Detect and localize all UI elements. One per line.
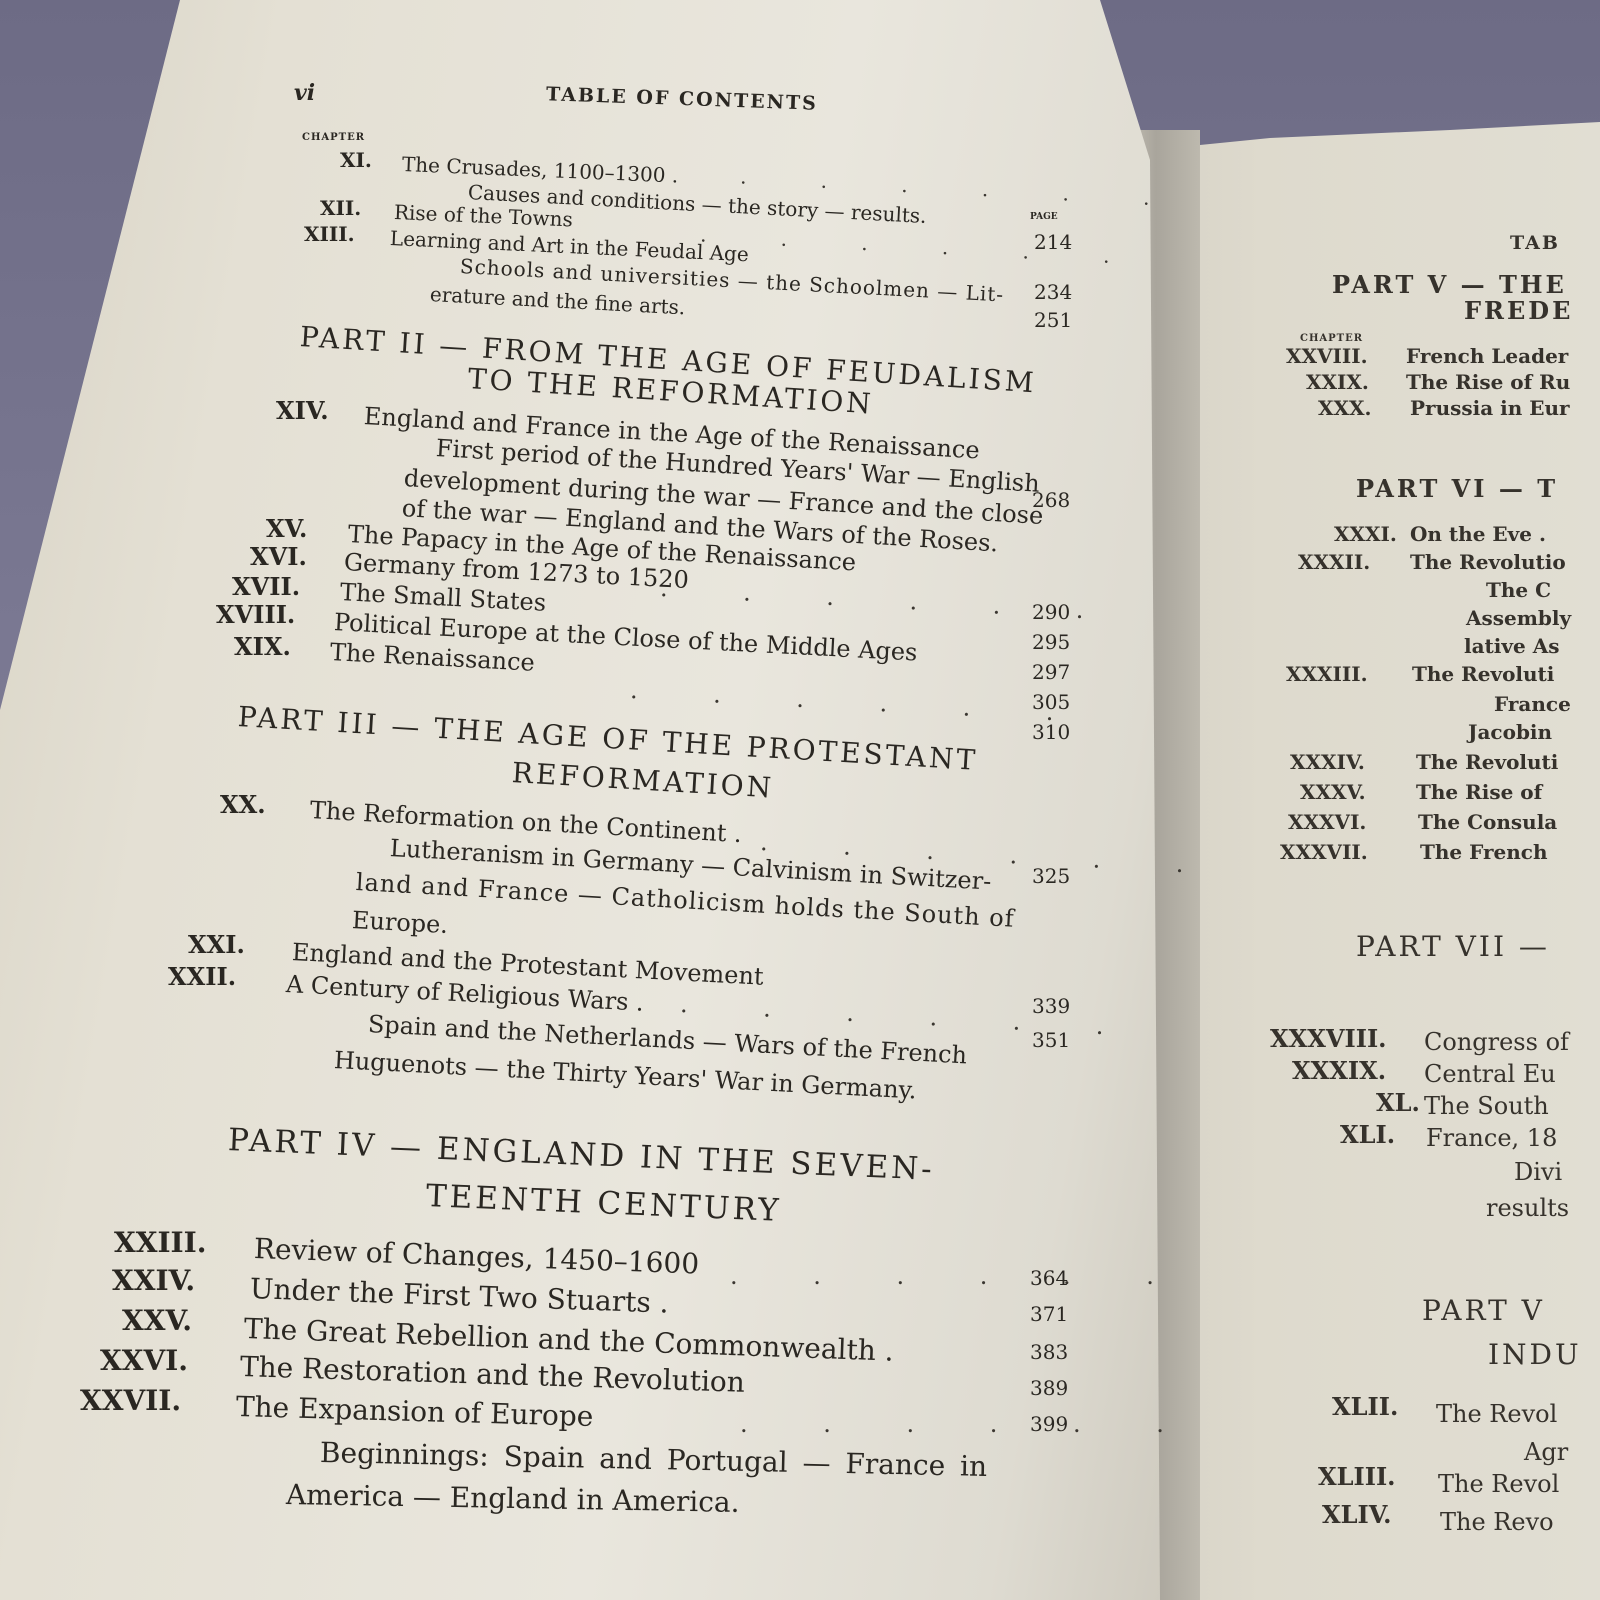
chapter-numeral: XXVIII. [1286,344,1368,368]
chapter-title: The Rise of [1416,780,1542,804]
chapter-numeral: XXIX. [1306,370,1369,394]
chapter-title: The South [1424,1092,1549,1120]
chapter-title: The Revoluti [1416,750,1558,774]
chapter-summary: The C [1486,578,1551,602]
chapter-summary: Jacobin [1468,720,1552,744]
chapter-title: French Leader [1406,344,1568,368]
chapter-numeral: XLIV. [1322,1500,1392,1529]
chapter-numeral: XLIII. [1318,1462,1396,1491]
chapter-numeral: XXXIX. [1292,1056,1386,1085]
chapter-numeral: XL. [1376,1088,1420,1117]
chapter-title: The Revolutio [1410,550,1566,574]
chapter-summary: Agr [1524,1438,1568,1466]
chapter-numeral: XXXIII. [1286,662,1368,686]
chapter-label: CHAPTER [1300,333,1363,344]
running-head: TAB [1510,232,1560,254]
chapter-numeral: XXXVIII. [1270,1024,1387,1053]
chapter-title: The Revo [1440,1508,1554,1536]
chapter-numeral: XXXI. [1334,522,1397,546]
chapter-summary: results [1486,1194,1569,1222]
chapter-numeral: XXXV. [1300,780,1366,804]
part-heading: PART VI — T [1356,474,1558,503]
chapter-title: The Revol [1436,1400,1557,1428]
part-heading: PART V [1422,1294,1545,1327]
chapter-title: France, 18 [1426,1124,1557,1152]
chapter-numeral: XXXII. [1298,550,1370,574]
part-heading: PART V — THE [1332,270,1567,299]
part-heading: INDU [1488,1338,1582,1371]
chapter-numeral: XXXIV. [1290,750,1365,774]
chapter-summary: Assembly [1466,606,1571,630]
chapter-numeral: XXX. [1318,396,1372,420]
chapter-numeral: XLII. [1332,1392,1398,1421]
chapter-numeral: XXXVII. [1280,840,1368,864]
chapter-title: Central Eu [1424,1060,1556,1088]
chapter-summary: lative As [1464,634,1559,658]
chapter-title: The Revoluti [1412,662,1554,686]
chapter-summary: Divi [1514,1158,1562,1186]
part-heading: FREDE [1464,296,1573,325]
chapter-title: The French [1420,840,1547,864]
part-heading: PART VII — [1356,930,1550,963]
chapter-title: The Rise of Ru [1406,370,1570,394]
chapter-title: The Revol [1438,1470,1559,1498]
chapter-title: Congress of [1424,1028,1569,1056]
chapter-title: On the Eve . [1410,522,1546,546]
chapter-numeral: XXXVI. [1288,810,1366,834]
chapter-title: The Consula [1418,810,1557,834]
chapter-numeral: XLI. [1340,1120,1395,1149]
chapter-title: Prussia in Eur [1410,396,1570,420]
right-page-text: TAB PART V — THE FREDE CHAPTER XXVIII. F… [0,0,1600,1600]
chapter-summary: France [1494,692,1571,716]
